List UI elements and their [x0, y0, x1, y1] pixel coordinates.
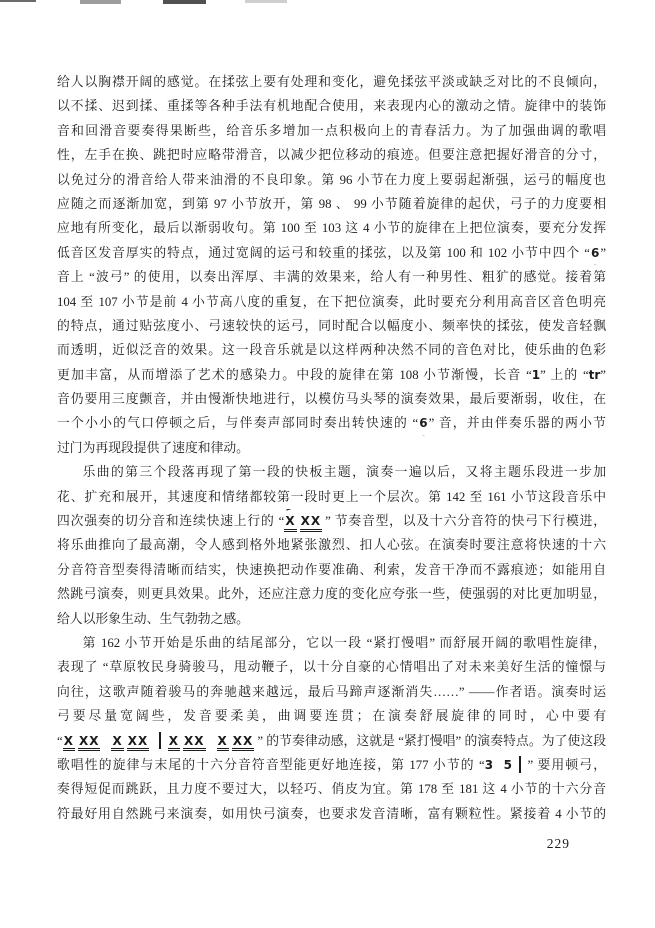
- text-line: 四次强奏的切分音和连续快速上行的 “X>XX” 节奏音型，以及十六分音符的快弓下…: [57, 509, 606, 533]
- text-run: 给人以胸襟开阔的感觉。在揉弦上要有处理和变化，避免揉弦平淡或缺乏对比的不良倾向，: [57, 75, 606, 89]
- rhythm-x-notation: X: [217, 735, 229, 752]
- text-line: 向往，这歌声随着骏马的奔驰越来越远，最后马蹄声逐渐消失……” ——作者语。演奏时…: [57, 680, 606, 704]
- text-line: 音和回滑音要奏得果断些，给音乐多增加一点积极向上的青春活力。为了加强曲调的歌唱: [57, 119, 606, 143]
- text-run: ” 音，并由伴奏乐器的两小节: [429, 416, 606, 430]
- low-octave-dot: ·: [421, 431, 426, 436]
- text-run: 音上 “波弓” 的使用，以奏出浑厚、丰满的效果来，给人有一种男性、粗犷的感觉。接…: [57, 270, 606, 284]
- scan-artifact: [80, 0, 121, 4]
- rhythm-x-notation: XX: [183, 735, 206, 752]
- text-line: 应随之而逐渐加宽，到第 97 小节放开，第 98 、 99 小节随着旋律的起伏，…: [57, 192, 606, 216]
- low-octave-dot: ·: [592, 260, 597, 265]
- text-line: 花、扩充和展开，其速度和情绪都较第一段时更上一个层次。第 142 至 161 小…: [57, 485, 606, 509]
- text-line: 奏得短促而跳跃，且力度不要过大，以轻巧、俏皮为宜。第 178 至 181 这 4…: [57, 777, 606, 801]
- text-line: 将乐曲推向了最高潮，令人感到格外地紧张激烈、扣人心弦。在演奏时要注意将快速的十六: [57, 533, 606, 557]
- text-run: 花、扩充和展开，其速度和情绪都较第一段时更上一个层次。第 142 至 161 小…: [57, 490, 606, 504]
- page-number: 229: [547, 836, 570, 852]
- text-line: 性，左手在换、跳把时应略带滑音，以减少把位移动的痕迹。但要注意把握好滑音的分寸，: [57, 143, 606, 167]
- jianpu-note-low-6: 6·: [418, 411, 428, 435]
- text-line: 然跳弓演奏，则更具效果。此外，还应注意力度的变化应夸张一些，使强弱的对比更加明显…: [57, 582, 606, 606]
- rhythm-x-notation: X>: [284, 515, 296, 532]
- text-block: 给人以胸襟开阔的感觉。在揉弦上要有处理和变化，避免揉弦平淡或缺乏对比的不良倾向，…: [57, 70, 606, 826]
- text-line: 表现了 “草原牧民身骑骏马，甩动鞭子，以十分自豪的心情唱出了对未来美好生活的憧憬…: [57, 655, 606, 679]
- text-run: ” 节奏音型，以及十六分音符的快弓下行模进，: [325, 514, 606, 528]
- book-page: 给人以胸襟开阔的感觉。在揉弦上要有处理和变化，避免揉弦平淡或缺乏对比的不良倾向，…: [0, 0, 655, 928]
- text-run: 弓要尽量宽阔些，发音要柔美，曲调要连贯；在演奏舒展旋律的同时，心中要有: [57, 709, 606, 723]
- text-line: 一个小小的气口停顿之后，与伴奏声部同时奏出转快速的 “6·” 音，并由伴奏乐器的…: [57, 411, 606, 435]
- text-run: 给人以形象生动、生气勃勃之感。: [57, 612, 249, 626]
- text-run: 音和回滑音要奏得果断些，给音乐多增加一点积极向上的青春活力。为了加强曲调的歌唱: [57, 124, 606, 138]
- text-line: 以免过分的滑音给人带来油滑的不良印象。第 96 小节在力度上要弱起渐强，运弓的幅…: [57, 168, 606, 192]
- text-line: 给人以胸襟开阔的感觉。在揉弦上要有处理和变化，避免揉弦平淡或缺乏对比的不良倾向，: [57, 70, 606, 94]
- text-run: 将乐曲推向了最高潮，令人感到格外地紧张激烈、扣人心弦。在演奏时要注意将快速的十六: [57, 538, 606, 552]
- text-line: 第 162 小节开始是乐曲的结尾部分，它以一段 “紧打慢唱” 而舒展开阔的歌唱性…: [57, 631, 606, 655]
- rhythm-x-notation: XX: [127, 735, 150, 752]
- text-line: 更加丰富，从而增添了艺术的感染力。中段的旋律在第 108 小节渐慢，长音 “1”…: [57, 363, 606, 387]
- rhythm-x-notation: X: [63, 735, 75, 752]
- text-run: 向往，这歌声随着骏马的奔驰越来越远，最后马蹄声逐渐消失……” ——作者语。演奏时…: [57, 685, 606, 699]
- text-run: 乐曲的第三个段落再现了第一段的快板主题，演奏一遍以后，又将主题乐段进一步加: [83, 465, 606, 479]
- text-run: 以免过分的滑音给人带来油滑的不良印象。第 96 小节在力度上要弱起渐强，运弓的幅…: [57, 173, 606, 187]
- text-run: ”: [600, 368, 606, 382]
- text-run: 音仍要用三度颤音，并由慢渐快地进行，以模仿马头琴的演奏效果，最后要渐弱，收住，在: [57, 392, 606, 406]
- text-run: 的特点，通过贴弦度小、弓速较快的运弓，同时配合以幅度小、频率快的揉弦，使发音轻飘: [57, 319, 606, 333]
- accent-mark: >: [285, 509, 293, 515]
- rhythm-x-notation: XX: [300, 515, 323, 532]
- text-run: 第 162 小节开始是乐曲的结尾部分，它以一段 “紧打慢唱” 而舒展开阔的歌唱性…: [83, 636, 606, 650]
- barline: [519, 756, 521, 773]
- text-line: “XXXXXXXXXXXX” 的节奏律动感，这就是 “紧打慢唱” 的演奏特点。为…: [57, 729, 606, 753]
- text-line: 104 至 107 小节是前 4 小节高八度的重复，在下把位演奏，此时要充分利用…: [57, 290, 606, 314]
- text-line: 弓要尽量宽阔些，发音要柔美，曲调要连贯；在演奏舒展旋律的同时，心中要有: [57, 704, 606, 728]
- text-run: 104 至 107 小节是前 4 小节高八度的重复，在下把位演奏，此时要充分利用…: [57, 295, 606, 309]
- text-run: ” 要用顿弓，: [528, 758, 607, 772]
- text-run: 过门为再现段提供了速度和律动。: [57, 441, 249, 455]
- text-run: 应地有所变化，最后以渐弱收句。第 100 至 103 这 4 小节的旋律在上把位…: [57, 221, 606, 235]
- text-line: 音仍要用三度颤音，并由慢渐快地进行，以模仿马头琴的演奏效果，最后要渐弱，收住，在: [57, 387, 606, 411]
- text-run: 符最好用自然跳弓来演奏，如用快弓演奏，也要求发音清晰，富有颗粒性。紧接着 4 小…: [57, 807, 606, 821]
- music-notation: 3 5: [485, 758, 512, 772]
- text-run: 奏得短促而跳跃，且力度不要过大，以轻巧、俏皮为宜。第 178 至 181 这 4…: [57, 782, 606, 796]
- text-line: 的特点，通过贴弦度小、弓速较快的运弓，同时配合以幅度小、频率快的揉弦，使发音轻飘: [57, 314, 606, 338]
- scan-artifact: [245, 0, 287, 3]
- text-line: 以不揉、迟到揉、重揉等各种手法有机地配合使用，来表现内心的激动之情。旋律中的装饰: [57, 94, 606, 118]
- text-line: 给人以形象生动、生气勃勃之感。: [57, 607, 606, 631]
- text-run: 分音符音型奏得清晰而结实，快速换把动作要准确、利索，发音干净而不露痕迹；如能用自: [57, 563, 606, 577]
- text-line: 音上 “波弓” 的使用，以奏出浑厚、丰满的效果来，给人有一种男性、粗犷的感觉。接…: [57, 265, 606, 289]
- text-run: 应随之而逐渐加宽，到第 97 小节放开，第 98 、 99 小节随着旋律的起伏，…: [57, 197, 606, 211]
- scan-artifact: [163, 0, 206, 4]
- text-run: 四次强奏的切分音和连续快速上行的 “: [57, 514, 284, 528]
- jianpu-note-low-6: 6·: [590, 241, 600, 265]
- text-run: ” 的节奏律动感，这就是 “紧打慢唱” 的演奏特点。为了使这段: [257, 734, 606, 748]
- music-notation: tr: [589, 368, 601, 382]
- text-run: ”: [600, 246, 606, 260]
- text-line: 低音区发音厚实的特点，通过宽阔的运弓和较重的揉弦，以及第 100 和 102 小…: [57, 241, 606, 265]
- text-run: 更加丰富，从而增添了艺术的感染力。中段的旋律在第 108 小节渐慢，长音 “: [57, 368, 532, 382]
- rhythm-x-notation: XX: [232, 735, 255, 752]
- text-run: 然跳弓演奏，则更具效果。此外，还应注意力度的变化应夸张一些，使强弱的对比更加明显…: [57, 587, 606, 601]
- text-line: 过门为再现段提供了速度和律动。: [57, 436, 606, 460]
- barline: [159, 732, 161, 749]
- text-run: 一个小小的气口停顿之后，与伴奏声部同时奏出转快速的 “: [57, 416, 418, 430]
- text-line: 乐曲的第三个段落再现了第一段的快板主题，演奏一遍以后，又将主题乐段进一步加: [57, 460, 606, 484]
- text-run: 性，左手在换、跳把时应略带滑音，以减少把位移动的痕迹。但要注意把握好滑音的分寸，: [57, 148, 606, 162]
- text-run: ” 上的 “: [540, 368, 588, 382]
- scan-artifact: [0, 0, 36, 2]
- music-notation: 1: [532, 368, 540, 382]
- text-line: 符最好用自然跳弓来演奏，如用快弓演奏，也要求发音清晰，富有颗粒性。紧接着 4 小…: [57, 802, 606, 826]
- text-line: 而透明，近似泛音的效果。这一段音乐就是以这样两种决然不同的音色对比，使乐曲的色彩: [57, 338, 606, 362]
- text-run: 而透明，近似泛音的效果。这一段音乐就是以这样两种决然不同的音色对比，使乐曲的色彩: [57, 343, 606, 357]
- text-run: 表现了 “草原牧民身骑骏马，甩动鞭子，以十分自豪的心情唱出了对未来美好生活的憧憬…: [57, 660, 606, 674]
- rhythm-x-notation: XX: [78, 735, 101, 752]
- rhythm-x-notation: X: [111, 735, 123, 752]
- text-line: 分音符音型奏得清晰而结实，快速换把动作要准确、利索，发音干净而不露痕迹；如能用自: [57, 558, 606, 582]
- text-line: 歌唱性的旋律与末尾的十六分音符音型能更好地连接，第 177 小节的 “3 5” …: [57, 753, 606, 777]
- text-run: 以不揉、迟到揉、重揉等各种手法有机地配合使用，来表现内心的激动之情。旋律中的装饰: [57, 99, 606, 113]
- text-run: 歌唱性的旋律与末尾的十六分音符音型能更好地连接，第 177 小节的 “: [57, 758, 485, 772]
- text-run: 低音区发音厚实的特点，通过宽阔的运弓和较重的揉弦，以及第 100 和 102 小…: [57, 246, 590, 260]
- rhythm-x-notation: X: [168, 735, 180, 752]
- text-line: 应地有所变化，最后以渐弱收句。第 100 至 103 这 4 小节的旋律在上把位…: [57, 216, 606, 240]
